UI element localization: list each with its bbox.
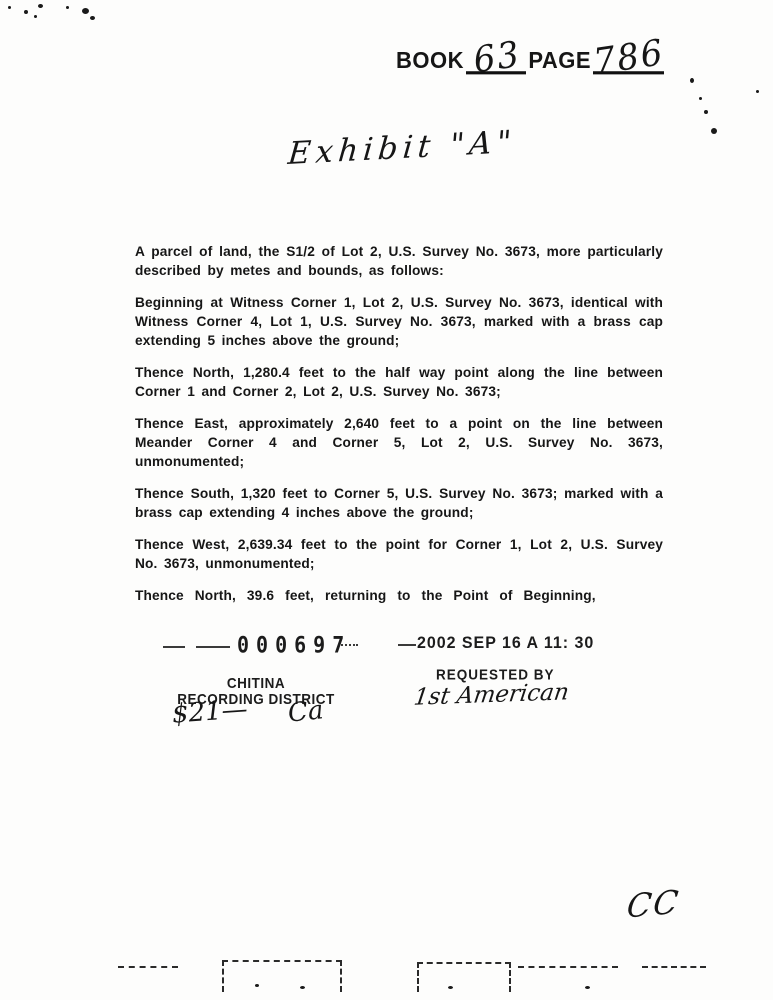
fee-initials-handwritten: Ca bbox=[287, 695, 325, 729]
paragraph-south: Thence South, 1,320 feet to Corner 5, U.… bbox=[135, 484, 663, 522]
exhibit-title: Exhibit "A" bbox=[287, 124, 518, 172]
page-label: PAGE bbox=[528, 47, 591, 74]
book-number-handwritten: 63 bbox=[471, 38, 522, 76]
ink-speck bbox=[66, 6, 69, 9]
scanned-document-page: BOOK 63 PAGE 786 Exhibit "A" A parcel of… bbox=[0, 0, 773, 1000]
ink-speck bbox=[699, 97, 702, 100]
scan-artifact-line bbox=[118, 966, 178, 968]
ink-speck bbox=[34, 15, 37, 18]
ink-speck bbox=[690, 78, 694, 83]
ink-speck bbox=[448, 986, 453, 989]
paragraph-beginning: Beginning at Witness Corner 1, Lot 2, U.… bbox=[135, 293, 663, 350]
scan-artifact-line bbox=[518, 966, 618, 968]
book-number-blank: 63 bbox=[466, 38, 526, 75]
paragraph-west: Thence West, 2,639.34 feet to the point … bbox=[135, 535, 663, 573]
ink-speck bbox=[38, 4, 43, 8]
book-label: BOOK bbox=[396, 47, 464, 74]
page-number-handwritten: 786 bbox=[592, 37, 666, 79]
ink-speck bbox=[300, 986, 305, 989]
bottom-initials-handwritten: CC bbox=[625, 882, 683, 925]
ink-speck bbox=[8, 6, 11, 9]
stamp-artifact-dash bbox=[163, 646, 185, 648]
paragraph-closing: Thence North, 39.6 feet, returning to th… bbox=[135, 586, 663, 605]
stamp-artifact-dash bbox=[196, 646, 230, 648]
stamp-artifact-dash bbox=[398, 644, 416, 646]
ink-speck bbox=[585, 986, 590, 989]
paragraph-north: Thence North, 1,280.4 feet to the half w… bbox=[135, 363, 663, 401]
scan-artifact-box bbox=[417, 962, 511, 992]
page-number-blank: 786 bbox=[593, 38, 664, 75]
recording-datetime-stamp: 2002 SEP 16 A 11: 30 bbox=[417, 634, 594, 653]
scan-artifact-box bbox=[222, 960, 342, 992]
ink-speck bbox=[82, 8, 89, 14]
ink-speck bbox=[756, 90, 759, 93]
legal-description: A parcel of land, the S1/2 of Lot 2, U.S… bbox=[135, 242, 663, 618]
scan-artifact-line bbox=[642, 966, 706, 968]
paragraph-parcel: A parcel of land, the S1/2 of Lot 2, U.S… bbox=[135, 242, 663, 280]
paragraph-east: Thence East, approximately 2,640 feet to… bbox=[135, 414, 663, 471]
fee-handwritten: $21— bbox=[171, 694, 249, 729]
ink-speck bbox=[90, 16, 95, 20]
ink-speck bbox=[704, 110, 708, 114]
book-page-stamp: BOOK 63 PAGE 786 bbox=[396, 17, 666, 75]
requested-by-signature: 1st American bbox=[412, 679, 570, 711]
recording-document-number: 000697 bbox=[237, 632, 351, 658]
district-name: CHITINA bbox=[158, 675, 354, 691]
ink-speck bbox=[255, 984, 259, 987]
ink-speck bbox=[24, 10, 28, 14]
ink-speck bbox=[711, 128, 717, 134]
